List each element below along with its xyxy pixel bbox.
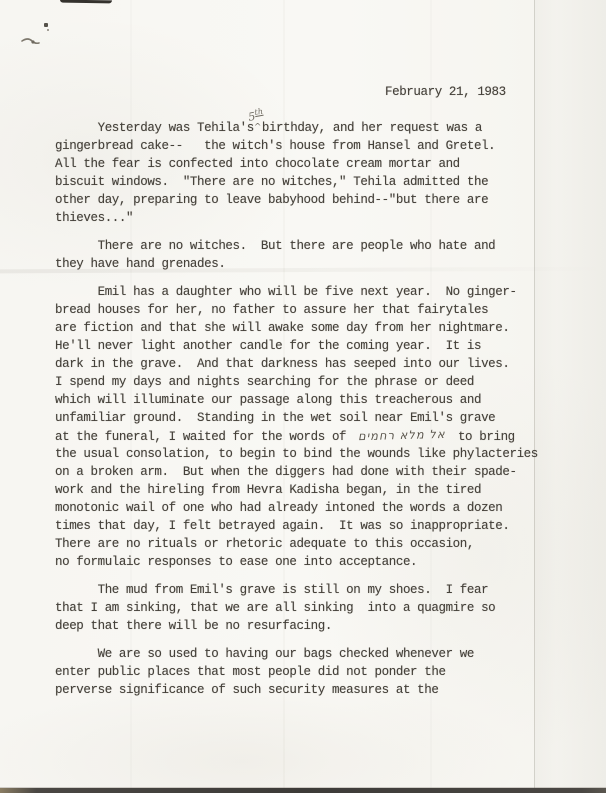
text-line: no formulaic responses to ease one into … xyxy=(55,553,560,571)
text-line: dark in the grave. And that darkness has… xyxy=(55,355,560,373)
text-line: gingerbread cake-- the witch's house fro… xyxy=(55,137,560,155)
text-line: they have hand grenades. xyxy=(55,255,560,273)
text-line: We are so used to having our bags checke… xyxy=(55,645,560,663)
handwritten-5th-note: 5th xyxy=(246,103,265,127)
text-line: are fiction and that she will awake some… xyxy=(55,319,560,337)
scan-artifact-top xyxy=(60,0,112,3)
text-line: I spend my days and nights searching for… xyxy=(55,373,560,391)
text-line: monotonic wail of one who had already in… xyxy=(55,499,560,517)
text-line: enter public places that most people did… xyxy=(55,663,560,681)
text-segment: Yesterday was Tehila's xyxy=(55,121,254,135)
text-line: times that day, I felt betrayed again. I… xyxy=(55,517,560,535)
text-line: Emil has a daughter who will be five nex… xyxy=(55,283,560,301)
letter-body: February 21, 1983 Yesterday was Tehila's… xyxy=(55,83,560,699)
letter-date: February 21, 1983 xyxy=(55,83,560,101)
paragraph-5: We are so used to having our bags checke… xyxy=(55,645,560,699)
text-line: Yesterday was Tehila's^5thbirthday, and … xyxy=(55,119,560,137)
text-line: other day, preparing to leave babyhood b… xyxy=(55,191,560,209)
paragraph-4: The mud from Emil's grave is still on my… xyxy=(55,581,560,635)
insertion-point: ^5th xyxy=(254,119,262,131)
scanned-letter-page: February 21, 1983 Yesterday was Tehila's… xyxy=(0,0,606,793)
text-line: that I am sinking, that we are all sinki… xyxy=(55,599,560,617)
text-line: The mud from Emil's grave is still on my… xyxy=(55,581,560,599)
paragraph-3: Emil has a daughter who will be five nex… xyxy=(55,283,560,571)
pen-mark xyxy=(20,34,42,50)
text-segment: at the funeral, I waited for the words o… xyxy=(55,430,353,444)
text-line: perverse significance of such security m… xyxy=(55,681,560,699)
handwritten-hebrew-phrase: אל מלא רחמים xyxy=(353,425,451,446)
paragraph-2: There are no witches. But there are peop… xyxy=(55,237,560,273)
ink-dot xyxy=(47,29,49,31)
text-line: There are no rituals or rhetoric adequat… xyxy=(55,535,560,553)
text-line: thieves..." xyxy=(55,209,560,227)
text-segment: birthday, and her request was a xyxy=(262,121,482,135)
insertion-suffix: th xyxy=(254,107,264,117)
text-line: deep that there will be no resurfacing. xyxy=(55,617,560,635)
scan-edge-bottom xyxy=(0,788,606,793)
text-line: All the fear is confected into chocolate… xyxy=(55,155,560,173)
text-line: at the funeral, I waited for the words o… xyxy=(55,427,560,445)
text-line: work and the hireling from Hevra Kadisha… xyxy=(55,481,560,499)
text-line: the usual consolation, to begin to bind … xyxy=(55,445,560,463)
text-line: He'll never light another candle for the… xyxy=(55,337,560,355)
paragraph-1: Yesterday was Tehila's^5thbirthday, and … xyxy=(55,119,560,227)
text-line: bread houses for her, no father to assur… xyxy=(55,301,560,319)
text-line: There are no witches. But there are peop… xyxy=(55,237,560,255)
text-line: unfamiliar ground. Standing in the wet s… xyxy=(55,409,560,427)
text-line: on a broken arm. But when the diggers ha… xyxy=(55,463,560,481)
text-line: biscuit windows. "There are no witches,"… xyxy=(55,173,560,191)
text-line: which will illuminate our passage along … xyxy=(55,391,560,409)
ink-dot xyxy=(44,23,48,27)
text-segment: to bring xyxy=(451,430,515,444)
